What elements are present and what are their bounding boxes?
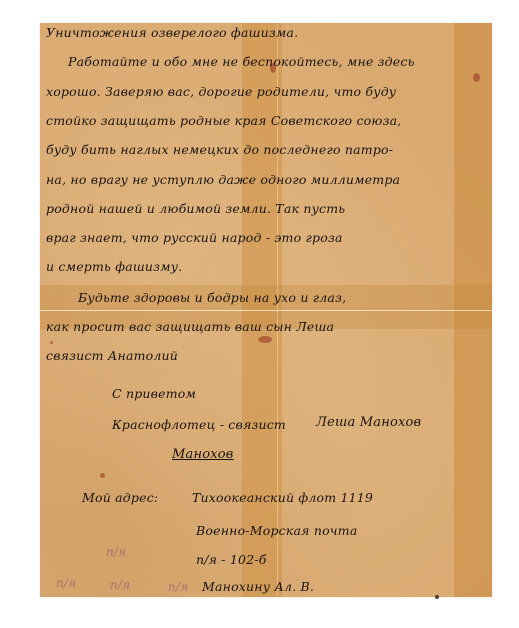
letter-line-9: и смерть фашизму. (46, 259, 182, 274)
letter-line-10: Будьте здоровы и бодры на ухо и глаз, (78, 290, 346, 305)
letter-line-1: Уничтожения озверелого фашизма. (46, 25, 298, 40)
letter-line-3: хорошо. Заверяю вас, дорогие родители, ч… (46, 84, 396, 99)
ink-stain (100, 473, 105, 478)
autograph: Манохов (172, 447, 234, 462)
address-line-3: п/я - 102-б (196, 552, 267, 567)
letter-line-8: враг знает, что русский народ - это гроз… (46, 230, 343, 245)
address-line-4: Манохину Ал. В. (202, 579, 314, 594)
pencil-mark: п/я (110, 578, 130, 592)
ink-stain (258, 336, 272, 343)
ink-dot (435, 595, 439, 599)
fold-crease-horizontal (40, 310, 492, 311)
address-line-2: Военно-Морская почта (196, 523, 357, 538)
letter-line-2: Работайте и обо мне не беспокойтесь, мне… (68, 54, 415, 69)
letter-line-12: связист Анатолий (46, 348, 178, 363)
ink-stain (473, 73, 480, 82)
letter-line-5: буду бить наглых немецких до последнего … (46, 142, 393, 157)
letter-paper: Уничтожения озверелого фашизма. Работайт… (40, 23, 492, 597)
signature-prefix: Краснофлотец - связист (112, 417, 286, 432)
fold-crease-vertical (277, 23, 278, 597)
closing-greeting: С приветом (112, 386, 196, 401)
address-label: Мой адрес: (82, 490, 158, 505)
letter-line-11: как просит вас защищать ваш сын Леша (46, 319, 334, 334)
ink-stain (50, 341, 53, 344)
letter-line-4: стойко защищать родные края Советского с… (46, 113, 401, 128)
signature-name: Леша Манохов (316, 415, 421, 430)
pencil-mark: п/я (56, 576, 76, 590)
letter-line-6: на, но врагу не уступлю даже одного милл… (46, 172, 400, 187)
letter-line-7: родной нашей и любимой земли. Так пусть (46, 201, 345, 216)
address-line-1: Тихоокеанский флот 1119 (192, 490, 373, 505)
pencil-mark: п/я (106, 545, 126, 559)
pencil-mark: п/я (168, 580, 188, 594)
